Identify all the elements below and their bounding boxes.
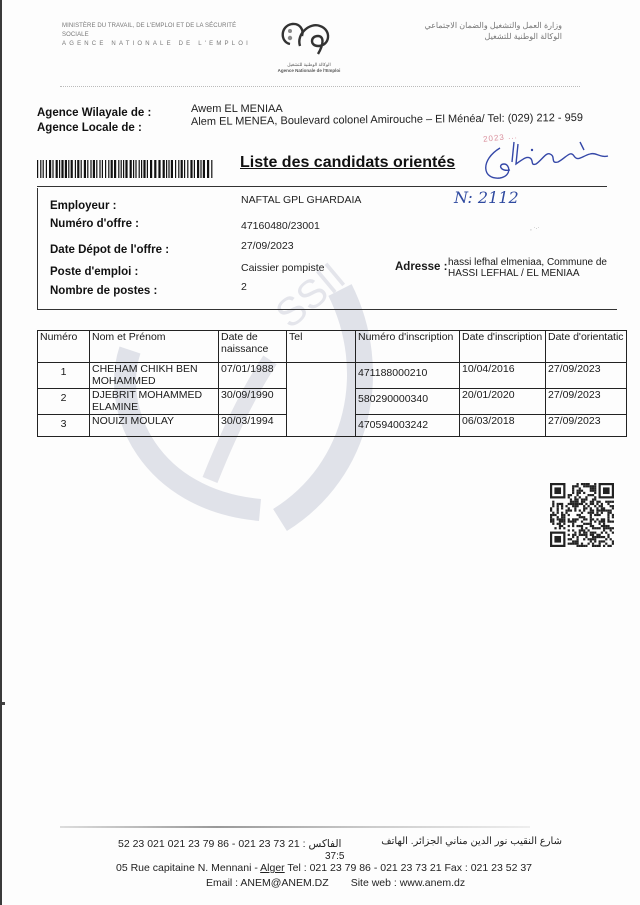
cell-numero: 3 — [38, 415, 90, 437]
locale-label: Agence Locale de : — [37, 122, 142, 134]
cell-date-inscription: 10/04/2016 — [460, 363, 546, 389]
footer-rule — [60, 826, 530, 828]
header-fr: MINISTÈRE DU TRAVAIL, DE L'EMPLOI ET DE … — [62, 22, 262, 49]
cell-numero: 2 — [38, 389, 90, 415]
cell-inscription: 470594003242 — [356, 415, 460, 437]
footer-phones-ar: 52 23 021 الفاكس : 21 73 23 021 - 86 79 … — [118, 838, 341, 850]
offer-number-label: Numéro d'offre : — [50, 218, 139, 230]
candidates-table: Numéro Nom et Prénom Date de naissance T… — [37, 330, 627, 437]
footer-email: Email : ANEM@ANEM.DZ — [206, 877, 329, 889]
wilayale-value: Awem EL MENIAA — [191, 103, 283, 115]
cell-naissance: 30/09/1990 — [219, 389, 287, 415]
header-divider — [60, 86, 580, 87]
logo-caption: الوكالة الوطنية للتشغيل Agence Nationale… — [274, 62, 344, 74]
header-ar: وزارة العمل والتشغيل والضمان الاجتماعي ا… — [362, 20, 562, 42]
position-value: Caissier pompiste — [241, 262, 324, 274]
cell-nom: CHEHAM CHIKH BEN MOHAMMED — [90, 363, 219, 389]
col-date-inscription: Date d'inscription — [460, 331, 546, 363]
cell-naissance: 30/03/1994 — [219, 415, 287, 437]
ministry-name-ar: وزارة العمل والتشغيل والضمان الاجتماعي — [362, 20, 562, 31]
employer-value: NAFTAL GPL GHARDAIA — [241, 194, 361, 206]
cell-date-orientation: 27/09/2023 — [546, 363, 627, 389]
address-label: Adresse : — [395, 261, 447, 273]
agency-name-ar: الوكالة الوطنية للتشغيل — [362, 31, 562, 42]
employer-label: Employeur : — [50, 200, 116, 212]
ministry-name-fr: MINISTÈRE DU TRAVAIL, DE L'EMPLOI ET DE … — [62, 22, 262, 40]
scan-edge — [0, 0, 2, 905]
anem-logo-icon — [276, 14, 336, 58]
table-row: 1 CHEHAM CHIKH BEN MOHAMMED 07/01/1988 4… — [38, 363, 627, 389]
address-value: hassi lefhal elmeniaa, Commune de HASSI … — [448, 258, 638, 279]
positions-count-label: Nombre de postes : — [50, 285, 157, 297]
footer-web-contacts: Email : ANEM@ANEM.DZSite web : www.anem.… — [206, 877, 465, 889]
qr-code-icon — [550, 482, 614, 548]
cell-date-inscription: 06/03/2018 — [460, 415, 546, 437]
footer-city: Alger — [260, 862, 285, 874]
cell-date-orientation: 27/09/2023 — [546, 415, 627, 437]
cell-date-orientation: 27/09/2023 — [546, 389, 627, 415]
deposit-date-value: 27/09/2023 — [241, 240, 294, 252]
cell-numero: 1 — [38, 363, 90, 389]
agency-name-fr: AGENCE NATIONALE DE L'EMPLOI — [62, 40, 262, 49]
position-label: Poste d'emploi : — [50, 266, 138, 278]
cell-nom: NOUIZI MOULAY — [90, 415, 219, 437]
wilayale-label: Agence Wilayale de : — [37, 107, 151, 119]
barcode-icon — [37, 160, 214, 178]
document-title: Liste des candidats orientés — [240, 154, 455, 172]
scan-noise: ¸ ·.· — [530, 225, 539, 231]
cell-inscription: 580290000340 — [356, 389, 460, 415]
table-header-row: Numéro Nom et Prénom Date de naissance T… — [38, 331, 627, 363]
footer-street: 05 Rue capitaine N. Mennani - — [116, 862, 260, 874]
col-tel: Tel — [287, 331, 356, 363]
col-numero: Numéro — [38, 331, 90, 363]
cell-naissance: 07/01/1988 — [219, 363, 287, 389]
footer-phones-ar-cont: 37:5 — [325, 851, 344, 862]
footer-contacts: Tel : 021 23 79 86 - 021 23 73 21 Fax : … — [285, 862, 532, 874]
offer-number-value: 47160480/23001 — [241, 220, 320, 232]
footer-website: Site web : www.anem.dz — [351, 877, 465, 889]
scan-speck — [2, 702, 5, 705]
cell-tel — [287, 363, 356, 437]
deposit-date-label: Date Dépot de l'offre : — [50, 244, 169, 256]
title-rule — [37, 186, 607, 187]
col-nom-prenom: Nom et Prénom — [90, 331, 219, 363]
logo-caption-fr: Agence Nationale de l'Emploi — [274, 68, 344, 74]
footer-address-fr: 05 Rue capitaine N. Mennani - Alger Tel … — [116, 862, 532, 874]
cell-date-inscription: 20/01/2020 — [460, 389, 546, 415]
col-date-orientation: Date d'orientatic — [546, 331, 627, 363]
positions-count-value: 2 — [241, 281, 247, 293]
cell-inscription: 471188000210 — [356, 363, 460, 389]
cell-nom: DJEBRIT MOHAMMED ELAMINE — [90, 389, 219, 415]
handwritten-signature — [470, 130, 630, 185]
col-numero-inscription: Numéro d'inscription — [356, 331, 460, 363]
col-date-naissance: Date de naissance — [219, 331, 287, 363]
footer-address-ar: شارع النقيب نور الدين مناني الجزائر. اله… — [381, 836, 562, 847]
